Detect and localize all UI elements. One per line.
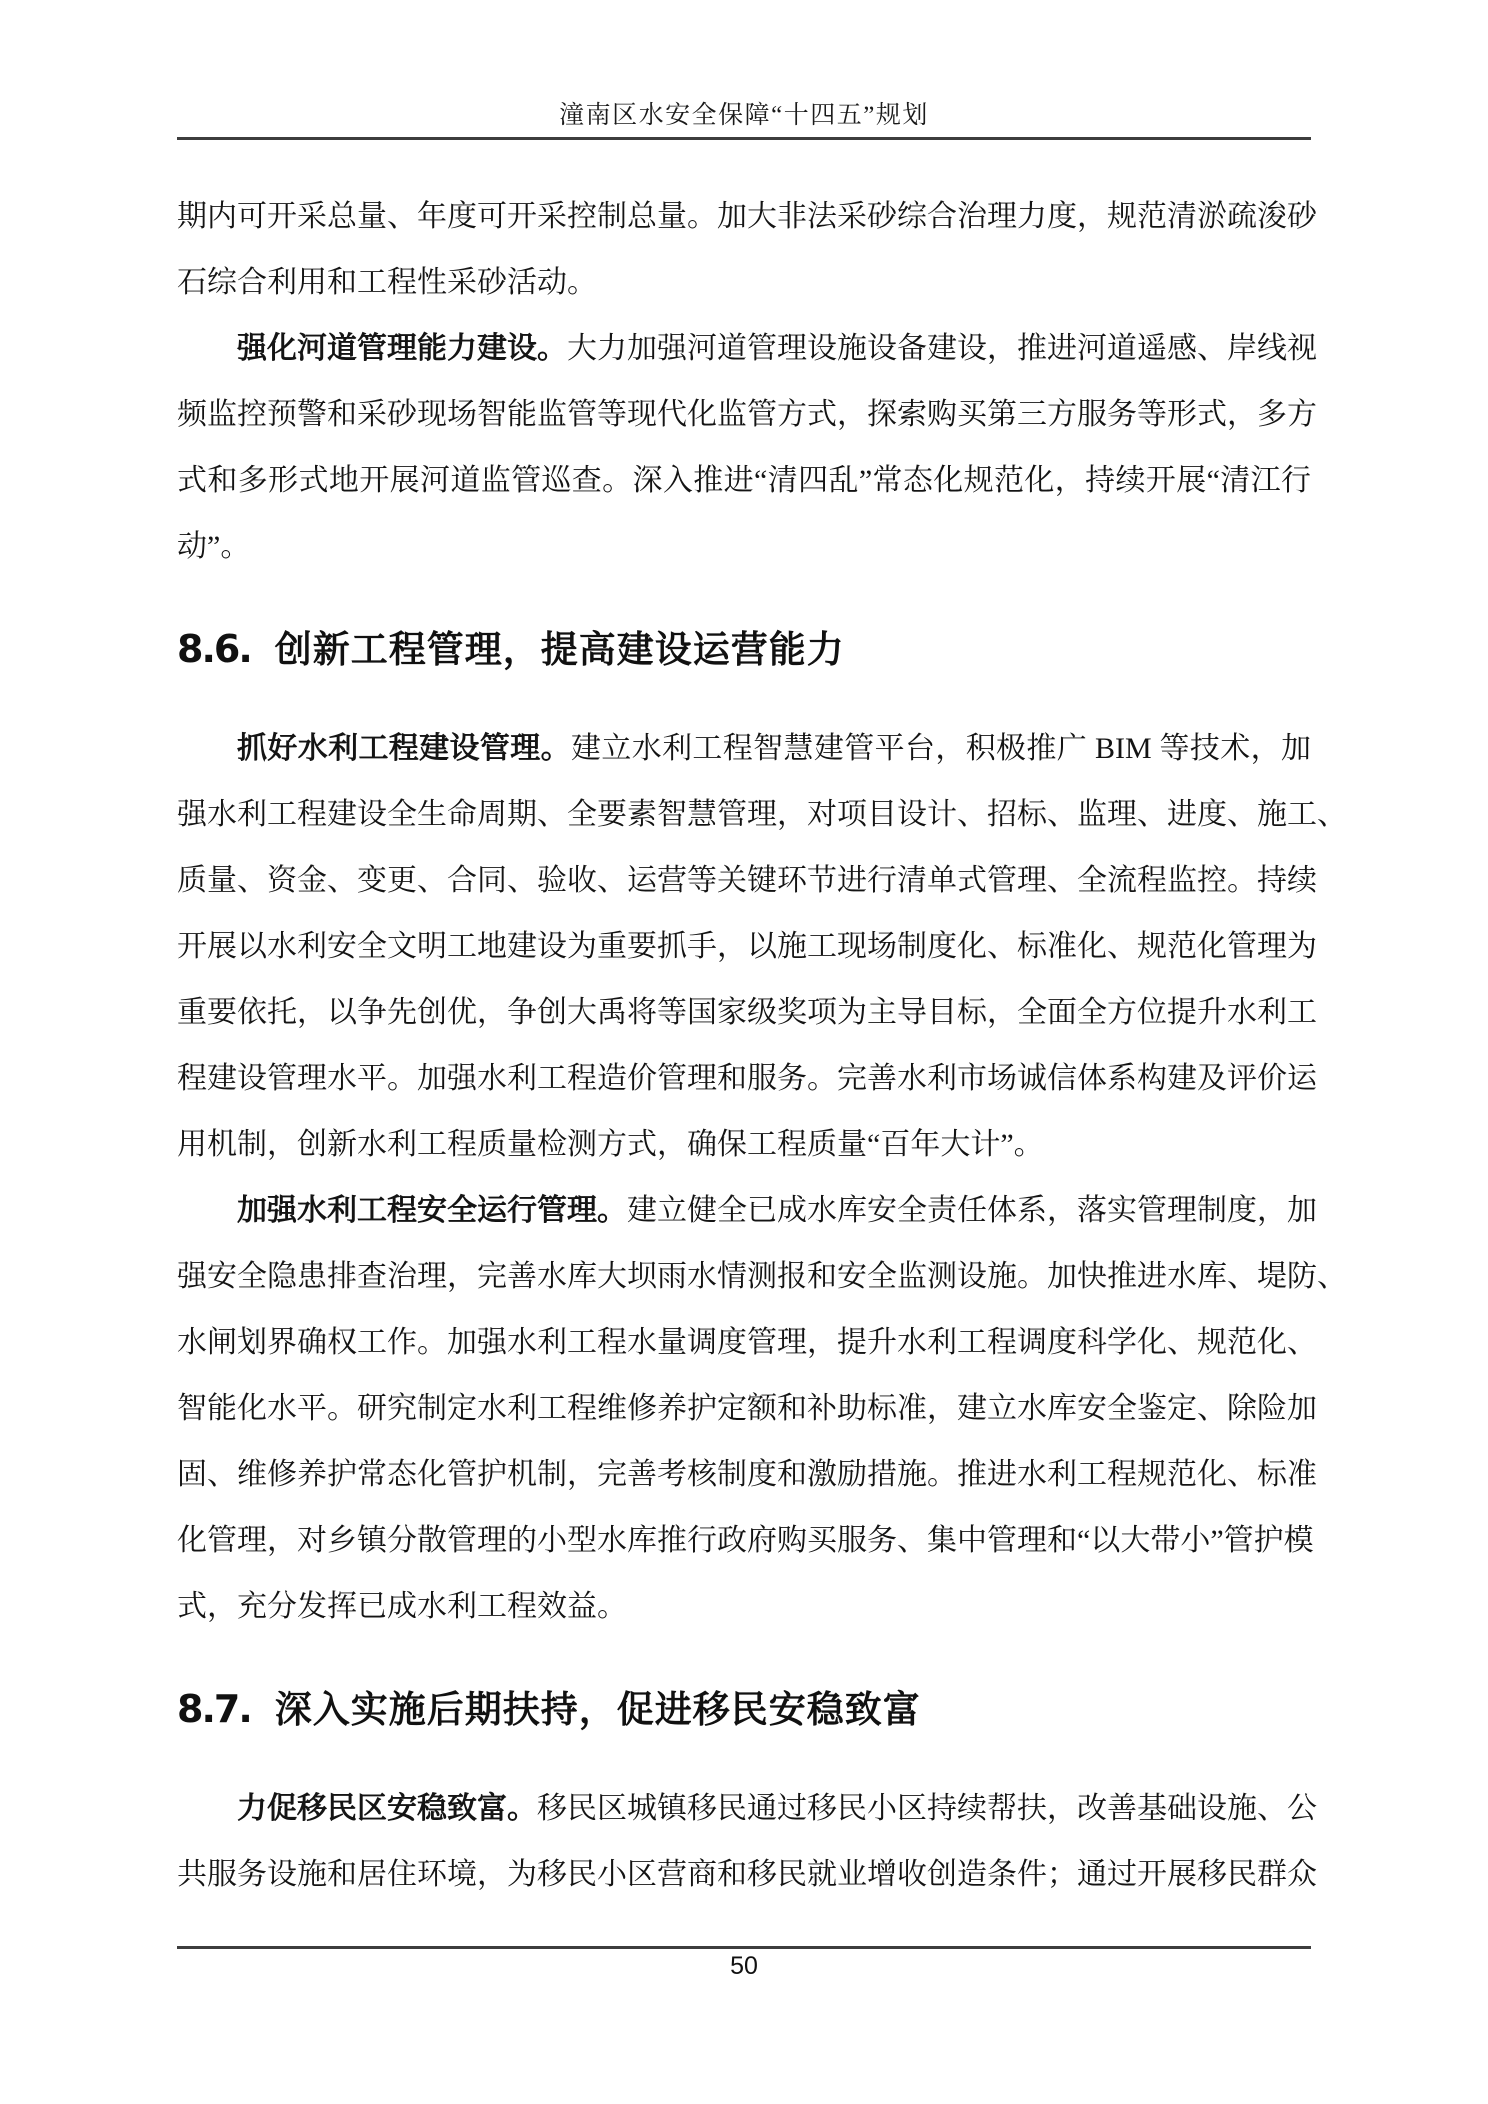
document-body: 期内可开采总量、年度可开采控制总量。加大非法采砂综合治理力度，规范清淤疏浚砂石综…	[177, 140, 1311, 1908]
text-line: 力促移民区安稳致富。移民区城镇移民通过移民小区持续帮扶，改善基础设施、公	[177, 1776, 1311, 1842]
text-run: 大力加强河道管理设施设备建设，推进河道遥感、岸线视	[567, 332, 1317, 365]
text-run: 重要依托，以争先创优，争创大禹将等国家级奖项为主导目标，全面全方位提升水利工	[177, 996, 1317, 1029]
text-line: 质量、资金、变更、合同、验收、运营等关键环节进行清单式管理、全流程监控。持续	[177, 848, 1311, 914]
paragraph: 力促移民区安稳致富。移民区城镇移民通过移民小区持续帮扶，改善基础设施、公共服务设…	[177, 1776, 1311, 1908]
text-line: 抓好水利工程建设管理。建立水利工程智慧建管平台，积极推广 BIM 等技术，加	[177, 716, 1311, 782]
text-line: 开展以水利安全文明工地建设为重要抓手，以施工现场制度化、标准化、规范化管理为	[177, 914, 1311, 980]
section-heading: 8.6.创新工程管理，提高建设运营能力	[177, 616, 1311, 686]
text-line: 石综合利用和工程性采砂活动。	[177, 250, 1311, 316]
bold-lead: 抓好水利工程建设管理。	[237, 732, 571, 765]
text-line: 式和多形式地开展河道监管巡查。深入推进“清四乱”常态化规范化，持续开展“清江行	[177, 448, 1311, 514]
document-page: 潼南区水安全保障“十四五”规划 期内可开采总量、年度可开采控制总量。加大非法采砂…	[0, 0, 1488, 2104]
text-run: 固、维修养护常态化管护机制，完善考核制度和激励措施。推进水利工程规范化、标准	[177, 1458, 1317, 1491]
text-run: 水闸划界确权工作。加强水利工程水量调度管理，提升水利工程调度科学化、规范化、	[177, 1326, 1317, 1359]
text-run: 石综合利用和工程性采砂活动。	[177, 266, 597, 299]
heading-number: 8.7.	[177, 1687, 251, 1731]
text-run: 式和多形式地开展河道监管巡查。深入推进“清四乱”常态化规范化，持续开展“清江行	[177, 464, 1311, 497]
text-run: 式，充分发挥已成水利工程效益。	[177, 1590, 627, 1623]
section-heading: 8.7.深入实施后期扶持，促进移民安稳致富	[177, 1676, 1311, 1746]
heading-number: 8.6.	[177, 627, 251, 671]
heading-text: 创新工程管理，提高建设运营能力	[275, 630, 845, 671]
text-run: 共服务设施和居住环境，为移民小区营商和移民就业增收创造条件；通过开展移民群众	[177, 1858, 1317, 1891]
text-run: 质量、资金、变更、合同、验收、运营等关键环节进行清单式管理、全流程监控。持续	[177, 864, 1317, 897]
text-line: 加强水利工程安全运行管理。建立健全已成水库安全责任体系，落实管理制度，加	[177, 1178, 1311, 1244]
heading-text: 深入实施后期扶持，促进移民安稳致富	[275, 1690, 921, 1731]
bold-lead: 加强水利工程安全运行管理。	[237, 1194, 627, 1227]
text-run: 用机制，创新水利工程质量检测方式，确保工程质量“百年大计”。	[177, 1128, 1044, 1161]
text-run: 强水利工程建设全生命周期、全要素智慧管理，对项目设计、招标、监理、进度、施工、	[177, 798, 1347, 831]
text-line: 智能化水平。研究制定水利工程维修养护定额和补助标准，建立水库安全鉴定、除险加	[177, 1376, 1311, 1442]
text-run: 强安全隐患排查治理，完善水库大坝雨水情测报和安全监测设施。加快推进水库、堤防、	[177, 1260, 1347, 1293]
page-header: 潼南区水安全保障“十四五”规划	[177, 0, 1311, 140]
paragraph: 加强水利工程安全运行管理。建立健全已成水库安全责任体系，落实管理制度，加强安全隐…	[177, 1178, 1311, 1640]
text-run: 建立水利工程智慧建管平台，积极推广 BIM 等技术，加	[571, 732, 1311, 765]
text-run: 期内可开采总量、年度可开采控制总量。加大非法采砂综合治理力度，规范清淤疏浚砂	[177, 200, 1317, 233]
text-line: 化管理，对乡镇分散管理的小型水库推行政府购买服务、集中管理和“以大带小”管护模	[177, 1508, 1311, 1574]
page-footer: 50	[177, 1946, 1311, 1981]
text-run: 化管理，对乡镇分散管理的小型水库推行政府购买服务、集中管理和“以大带小”管护模	[177, 1524, 1314, 1557]
text-line: 水闸划界确权工作。加强水利工程水量调度管理，提升水利工程调度科学化、规范化、	[177, 1310, 1311, 1376]
paragraph: 抓好水利工程建设管理。建立水利工程智慧建管平台，积极推广 BIM 等技术，加强水…	[177, 716, 1311, 1178]
text-line: 式，充分发挥已成水利工程效益。	[177, 1574, 1311, 1640]
text-line: 动”。	[177, 514, 1311, 580]
bold-lead: 强化河道管理能力建设。	[237, 332, 567, 365]
text-run: 智能化水平。研究制定水利工程维修养护定额和补助标准，建立水库安全鉴定、除险加	[177, 1392, 1317, 1425]
text-line: 共服务设施和居住环境，为移民小区营商和移民就业增收创造条件；通过开展移民群众	[177, 1842, 1311, 1908]
text-run: 程建设管理水平。加强水利工程造价管理和服务。完善水利市场诚信体系构建及评价运	[177, 1062, 1317, 1095]
text-line: 期内可开采总量、年度可开采控制总量。加大非法采砂综合治理力度，规范清淤疏浚砂	[177, 184, 1311, 250]
text-line: 重要依托，以争先创优，争创大禹将等国家级奖项为主导目标，全面全方位提升水利工	[177, 980, 1311, 1046]
text-run: 动”。	[177, 530, 250, 563]
text-run: 移民区城镇移民通过移民小区持续帮扶，改善基础设施、公	[537, 1792, 1317, 1825]
header-title: 潼南区水安全保障“十四五”规划	[177, 95, 1311, 131]
text-line: 固、维修养护常态化管护机制，完善考核制度和激励措施。推进水利工程规范化、标准	[177, 1442, 1311, 1508]
text-run: 建立健全已成水库安全责任体系，落实管理制度，加	[627, 1194, 1317, 1227]
text-line: 强化河道管理能力建设。大力加强河道管理设施设备建设，推进河道遥感、岸线视	[177, 316, 1311, 382]
paragraph: 强化河道管理能力建设。大力加强河道管理设施设备建设，推进河道遥感、岸线视频监控预…	[177, 316, 1311, 580]
paragraph: 期内可开采总量、年度可开采控制总量。加大非法采砂综合治理力度，规范清淤疏浚砂石综…	[177, 184, 1311, 316]
text-line: 强水利工程建设全生命周期、全要素智慧管理，对项目设计、招标、监理、进度、施工、	[177, 782, 1311, 848]
text-line: 程建设管理水平。加强水利工程造价管理和服务。完善水利市场诚信体系构建及评价运	[177, 1046, 1311, 1112]
page-number: 50	[730, 1952, 758, 1981]
text-line: 频监控预警和采砂现场智能监管等现代化监管方式，探索购买第三方服务等形式，多方	[177, 382, 1311, 448]
text-run: 频监控预警和采砂现场智能监管等现代化监管方式，探索购买第三方服务等形式，多方	[177, 398, 1317, 431]
text-line: 强安全隐患排查治理，完善水库大坝雨水情测报和安全监测设施。加快推进水库、堤防、	[177, 1244, 1311, 1310]
text-line: 用机制，创新水利工程质量检测方式，确保工程质量“百年大计”。	[177, 1112, 1311, 1178]
bold-lead: 力促移民区安稳致富。	[237, 1792, 537, 1825]
text-run: 开展以水利安全文明工地建设为重要抓手，以施工现场制度化、标准化、规范化管理为	[177, 930, 1317, 963]
